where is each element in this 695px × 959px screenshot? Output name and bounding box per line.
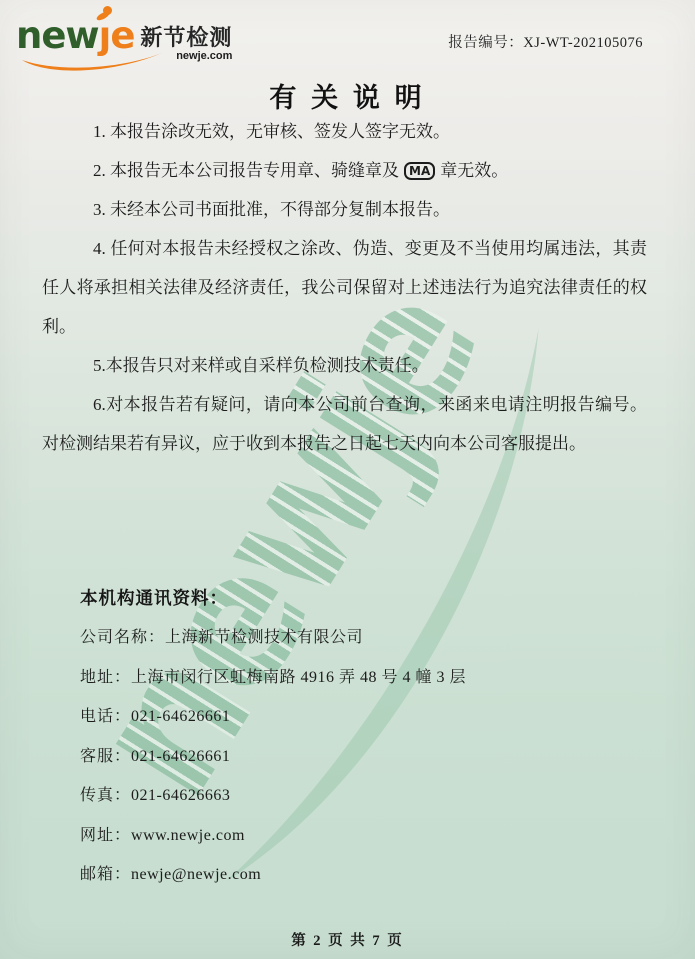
logo-swoosh-icon [16,51,168,77]
contact-label: 邮箱： [80,866,131,883]
contact-value: 021-64626663 [131,787,230,804]
contact-row: 地址：上海市闵行区虹梅南路 4916 弄 48 号 4 幢 3 层 [80,658,466,698]
person-icon [100,6,112,18]
newje-logo: newȷe 新节检测 newje.com [16,16,232,72]
note-text: 6.对本报告若有疑问，请向本公司前台查询，来函来电请注明报告编号。对检测结果若有… [42,395,647,453]
report-number: 报告编号：XJ-WT-202105076 [448,31,643,52]
contact-row: 客服：021-64626661 [80,737,466,777]
contact-value: 上海市闵行区虹梅南路 4916 弄 48 号 4 幢 3 层 [131,669,466,686]
page-footer: 第 2 页 共 7 页 [0,929,695,950]
contact-row: 电话：021-64626661 [80,697,466,737]
note-text-after-stamp: 章无效。 [440,161,508,180]
logo-wordmark: newȷe [16,16,134,72]
notes-section: 1. 本报告涂改无效，无审核、签发人签字无效。 2. 本报告无本公司报告专用章、… [42,112,647,463]
note-text: 5.本报告只对来样或自采样负检测技术责任。 [93,356,429,375]
note-text: 2. 本报告无本公司报告专用章、骑缝章及 [93,161,399,180]
contact-row: 公司名称：上海新节检测技术有限公司 [80,618,466,658]
contact-label: 传真： [80,787,131,804]
contact-row: 邮箱：newje@newje.com [80,855,466,895]
note-item: 2. 本报告无本公司报告专用章、骑缝章及MA章无效。 [42,151,647,190]
contact-value: 021-64626661 [131,708,230,725]
note-item: 6.对本报告若有疑问，请向本公司前台查询，来函来电请注明报告编号。对检测结果若有… [42,385,647,463]
contact-label: 电话： [80,708,131,725]
cma-stamp-icon: MA [404,162,435,180]
contact-value: www.newje.com [131,827,245,844]
contact-label: 网址： [80,827,131,844]
note-text: 3. 未经本公司书面批准，不得部分复制本报告。 [93,200,450,219]
note-item: 3. 未经本公司书面批准，不得部分复制本报告。 [42,190,647,229]
contact-heading: 本机构通讯资料： [80,578,466,618]
contact-label: 客服： [80,748,131,765]
page-title: 有 关 说 明 [0,76,695,115]
report-number-value: XJ-WT-202105076 [523,35,643,51]
contact-row: 网址：www.newje.com [80,816,466,856]
contact-section: 本机构通讯资料： 公司名称：上海新节检测技术有限公司 地址：上海市闵行区虹梅南路… [80,578,466,895]
note-item: 5.本报告只对来样或自采样负检测技术责任。 [42,346,647,385]
contact-label: 公司名称： [80,629,165,646]
contact-value: 021-64626661 [131,748,230,765]
report-page: newje newȷe 新节检测 newje.com 报告编号：XJ-WT-20… [0,0,695,959]
note-item: 1. 本报告涂改无效，无审核、签发人签字无效。 [42,112,647,151]
note-item: 4. 任何对本报告未经授权之涂改、伪造、变更及不当使用均属违法，其责任人将承担相… [42,229,647,346]
contact-row: 传真：021-64626663 [80,776,466,816]
contact-rows: 公司名称：上海新节检测技术有限公司 地址：上海市闵行区虹梅南路 4916 弄 4… [80,618,466,895]
note-text: 4. 任何对本报告未经授权之涂改、伪造、变更及不当使用均属违法，其责任人将承担相… [42,239,647,336]
contact-value: newje@newje.com [131,866,261,883]
contact-value: 上海新节检测技术有限公司 [165,629,363,646]
logo-chinese-name: 新节检测 [140,26,232,50]
contact-label: 地址： [80,669,131,686]
note-text: 1. 本报告涂改无效，无审核、签发人签字无效。 [93,122,450,141]
report-number-label: 报告编号： [448,35,523,51]
